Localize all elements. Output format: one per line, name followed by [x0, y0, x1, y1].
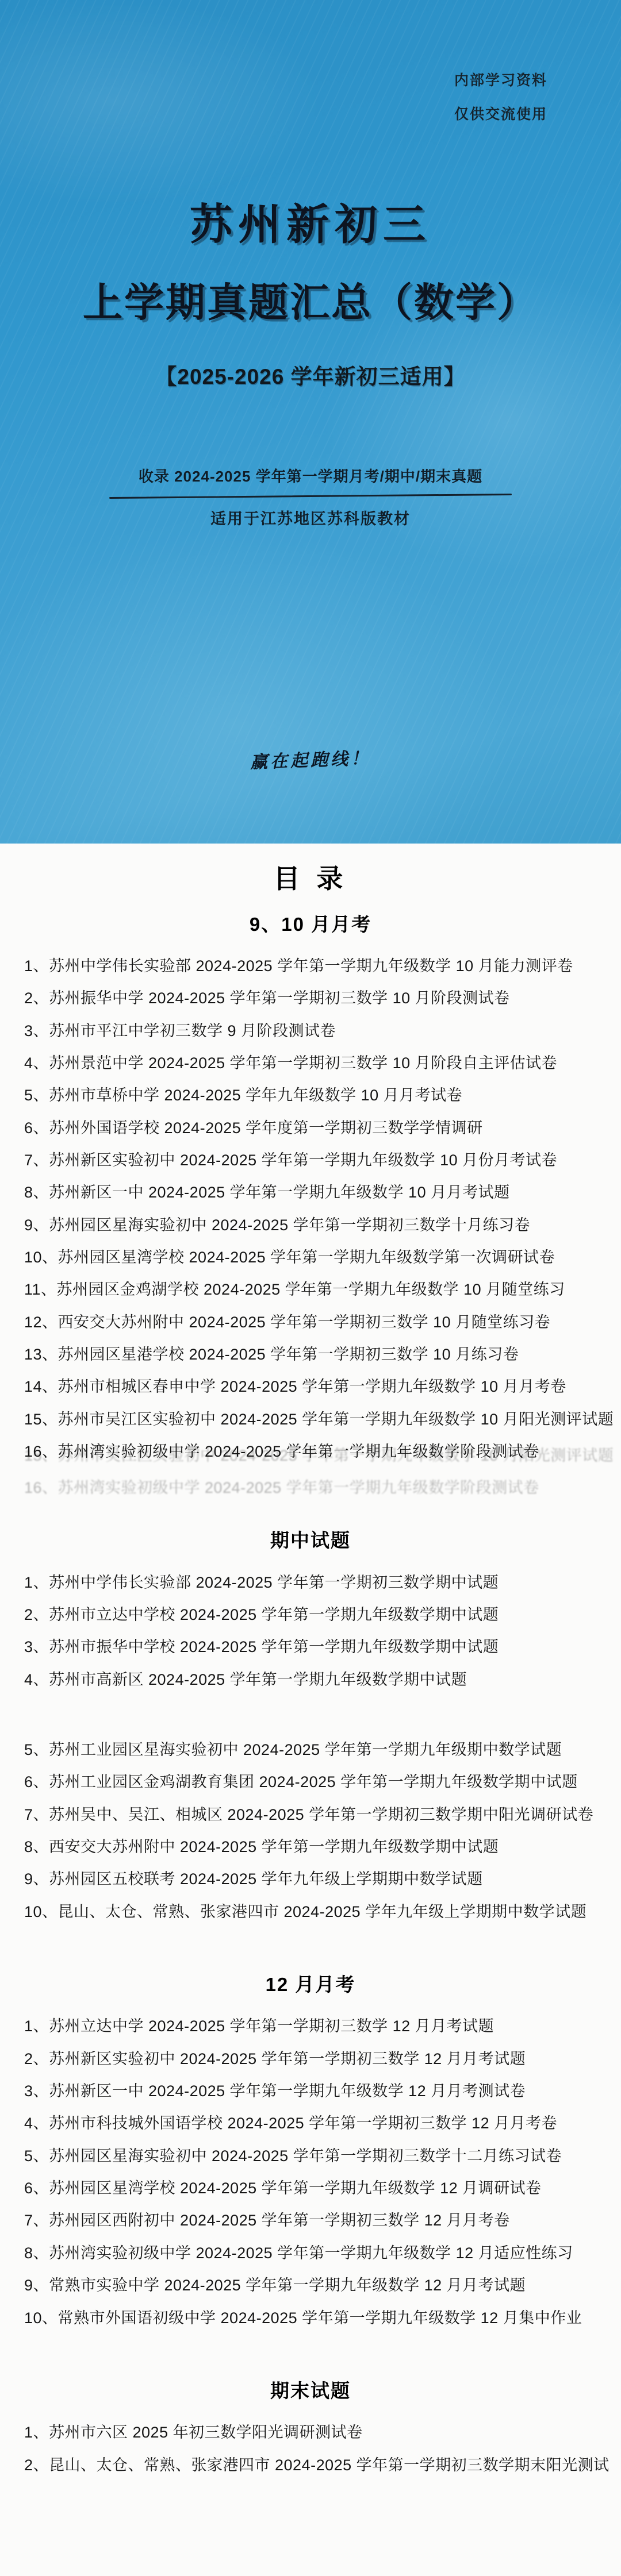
- table-of-contents: 目 录 9、10 月月考 1、苏州中学伟长实验部 2024-2025 学年第一学…: [0, 844, 621, 2473]
- document-page: 内部学习资料 仅供交流使用 苏州新初三 上学期真题汇总（数学） 【2025-20…: [0, 0, 621, 2576]
- cover-title-line2: 上学期真题汇总（数学）: [0, 281, 621, 325]
- toc-item: 10、苏州园区星湾学校 2024-2025 学年第一学期九年级数学第一次调研试卷: [24, 1249, 597, 1265]
- toc-item: 8、苏州湾实验初级中学 2024-2025 学年第一学期九年级数学 12 月适应…: [24, 2245, 597, 2261]
- toc-item: 7、苏州新区实验初中 2024-2025 学年第一学期九年级数学 10 月份月考…: [24, 1152, 597, 1168]
- corner-note: 内部学习资料 仅供交流使用: [454, 74, 547, 122]
- toc-section: 期末试题 1、苏州市六区 2025 年初三数学阳光调研测试卷2、昆山、太仓、常熟…: [24, 2381, 597, 2473]
- cover-title-line1: 苏州新初三: [0, 201, 621, 248]
- toc-item: 9、苏州园区五校联考 2024-2025 学年九年级上学期期中数学试题: [24, 1871, 597, 1887]
- toc-item: 6、苏州园区星湾学校 2024-2025 学年第一学期九年级数学 12 月调研试…: [24, 2180, 597, 2196]
- toc-item: 3、苏州市振华中学校 2024-2025 学年第一学期九年级数学期中试题: [24, 1639, 597, 1655]
- toc-item: 6、苏州外国语学校 2024-2025 学年度第一学期初三数学学情调研: [24, 1120, 597, 1136]
- toc-section: 12 月月考 1、苏州立达中学 2024-2025 学年第一学期初三数学 12 …: [24, 1974, 597, 2326]
- corner-note-line1: 内部学习资料: [454, 74, 547, 88]
- toc-item: 13、苏州园区星港学校 2024-2025 学年第一学期初三数学 10 月练习卷: [24, 1346, 597, 1362]
- toc-section-item-list: 1、苏州中学伟长实验部 2024-2025 学年第一学期初三数学期中试题2、苏州…: [24, 1574, 597, 1920]
- toc-item: 2、昆山、太仓、常熟、张家港四市 2024-2025 学年第一学期初三数学期末阳…: [24, 2457, 597, 2473]
- cover: 内部学习资料 仅供交流使用 苏州新初三 上学期真题汇总（数学） 【2025-20…: [0, 0, 621, 844]
- toc-item: 1、苏州市六区 2025 年初三数学阳光调研测试卷: [24, 2424, 597, 2440]
- toc-item: 5、苏州园区星海实验初中 2024-2025 学年第一学期初三数学十二月练习试卷: [24, 2148, 597, 2164]
- toc-item: 12、西安交大苏州附中 2024-2025 学年第一学期初三数学 10 月随堂练…: [24, 1314, 597, 1330]
- toc-item: 5、苏州市草桥中学 2024-2025 学年九年级数学 10 月月考试卷: [24, 1087, 597, 1103]
- toc-item: 2、苏州市立达中学校 2024-2025 学年第一学期九年级数学期中试题: [24, 1607, 597, 1623]
- toc-item: 8、苏州新区一中 2024-2025 学年第一学期九年级数学 10 月月考试题: [24, 1184, 597, 1200]
- cover-applicable-note: 适用于江苏地区苏科版教材: [0, 506, 621, 529]
- corner-note-line2: 仅供交流使用: [454, 107, 547, 122]
- toc-item: 11、苏州园区金鸡湖学校 2024-2025 学年第一学期九年级数学 10 月随…: [24, 1281, 597, 1297]
- toc-item: 4、苏州景范中学 2024-2025 学年第一学期初三数学 10 月阶段自主评估…: [24, 1055, 597, 1071]
- toc-item: 4、苏州市高新区 2024-2025 学年第一学期九年级数学期中试题: [24, 1672, 597, 1688]
- toc-item: 8、西安交大苏州附中 2024-2025 学年第一学期九年级数学期中试题: [24, 1839, 597, 1855]
- toc-item: 9、常熟市实验中学 2024-2025 学年第一学期九年级数学 12 月月考试题: [24, 2277, 597, 2293]
- cover-divider-line: [109, 494, 512, 499]
- toc-section-title: 期末试题: [24, 2381, 597, 2401]
- toc-section-item-list: 1、苏州立达中学 2024-2025 学年第一学期初三数学 12 月月考试题2、…: [24, 2018, 597, 2325]
- toc-section-title: 9、10 月月考: [24, 914, 597, 935]
- toc-section-item-list: 1、苏州市六区 2025 年初三数学阳光调研测试卷2、昆山、太仓、常熟、张家港四…: [24, 2424, 597, 2473]
- toc-section-item-list: 1、苏州中学伟长实验部 2024-2025 学年第一学期九年级数学 10 月能力…: [24, 958, 597, 1476]
- toc-item: 14、苏州市相城区春申中学 2024-2025 学年第一学期九年级数学 10 月…: [24, 1379, 597, 1395]
- toc-item: 2、苏州振华中学 2024-2025 学年第一学期初三数学 10 月阶段测试卷: [24, 990, 597, 1006]
- toc-item: 3、苏州新区一中 2024-2025 学年第一学期九年级数学 12 月月考测试卷: [24, 2083, 597, 2099]
- toc-item: 7、苏州园区西附初中 2024-2025 学年第一学期初三数学 12 月月考卷: [24, 2212, 597, 2228]
- toc-item: 10、常熟市外国语初级中学 2024-2025 学年第一学期九年级数学 12 月…: [24, 2310, 597, 2326]
- toc-sections: 9、10 月月考 1、苏州中学伟长实验部 2024-2025 学年第一学期九年级…: [24, 914, 597, 2473]
- cover-slogan: 赢在起跑线！: [0, 735, 621, 782]
- toc-item: 10、昆山、太仓、常熟、张家港四市 2024-2025 学年九年级上学期期中数学…: [24, 1904, 597, 1920]
- cover-included-note: 收录 2024-2025 学年第一学期月考/期中/期末真题: [0, 465, 621, 486]
- toc-item: 2、苏州新区实验初中 2024-2025 学年第一学期初三数学 12 月月考试题: [24, 2051, 597, 2067]
- toc-section: 9、10 月月考 1、苏州中学伟长实验部 2024-2025 学年第一学期九年级…: [24, 914, 597, 1476]
- toc-heading: 目 录: [24, 864, 597, 894]
- toc-item: 1、苏州中学伟长实验部 2024-2025 学年第一学期九年级数学 10 月能力…: [24, 958, 597, 974]
- toc-item: 9、苏州园区星海实验初中 2024-2025 学年第一学期初三数学十月练习卷: [24, 1217, 597, 1233]
- toc-section-title: 12 月月考: [24, 1974, 597, 1995]
- toc-item: 4、苏州市科技城外国语学校 2024-2025 学年第一学期初三数学 12 月月…: [24, 2115, 597, 2131]
- toc-item: 5、苏州工业园区星海实验初中 2024-2025 学年第一学期九年级期中数学试题: [24, 1742, 597, 1758]
- toc-section-title: 期中试题: [24, 1530, 597, 1551]
- toc-section: 期中试题 1、苏州中学伟长实验部 2024-2025 学年第一学期初三数学期中试…: [24, 1530, 597, 1920]
- toc-item: 1、苏州中学伟长实验部 2024-2025 学年第一学期初三数学期中试题: [24, 1574, 597, 1591]
- toc-item: 3、苏州市平江中学初三数学 9 月阶段测试卷: [24, 1023, 597, 1039]
- toc-item: 1、苏州立达中学 2024-2025 学年第一学期初三数学 12 月月考试题: [24, 2018, 597, 2034]
- cover-subtitle: 【2025-2026 学年新初三适用】: [0, 359, 621, 390]
- toc-item: 7、苏州吴中、吴江、相城区 2024-2025 学年第一学期初三数学期中阳光调研…: [24, 1807, 597, 1823]
- toc-item: 15、苏州市吴江区实验初中 2024-2025 学年第一学期九年级数学 10 月…: [24, 1411, 597, 1427]
- toc-item: 6、苏州工业园区金鸡湖教育集团 2024-2025 学年第一学期九年级数学期中试…: [24, 1774, 597, 1790]
